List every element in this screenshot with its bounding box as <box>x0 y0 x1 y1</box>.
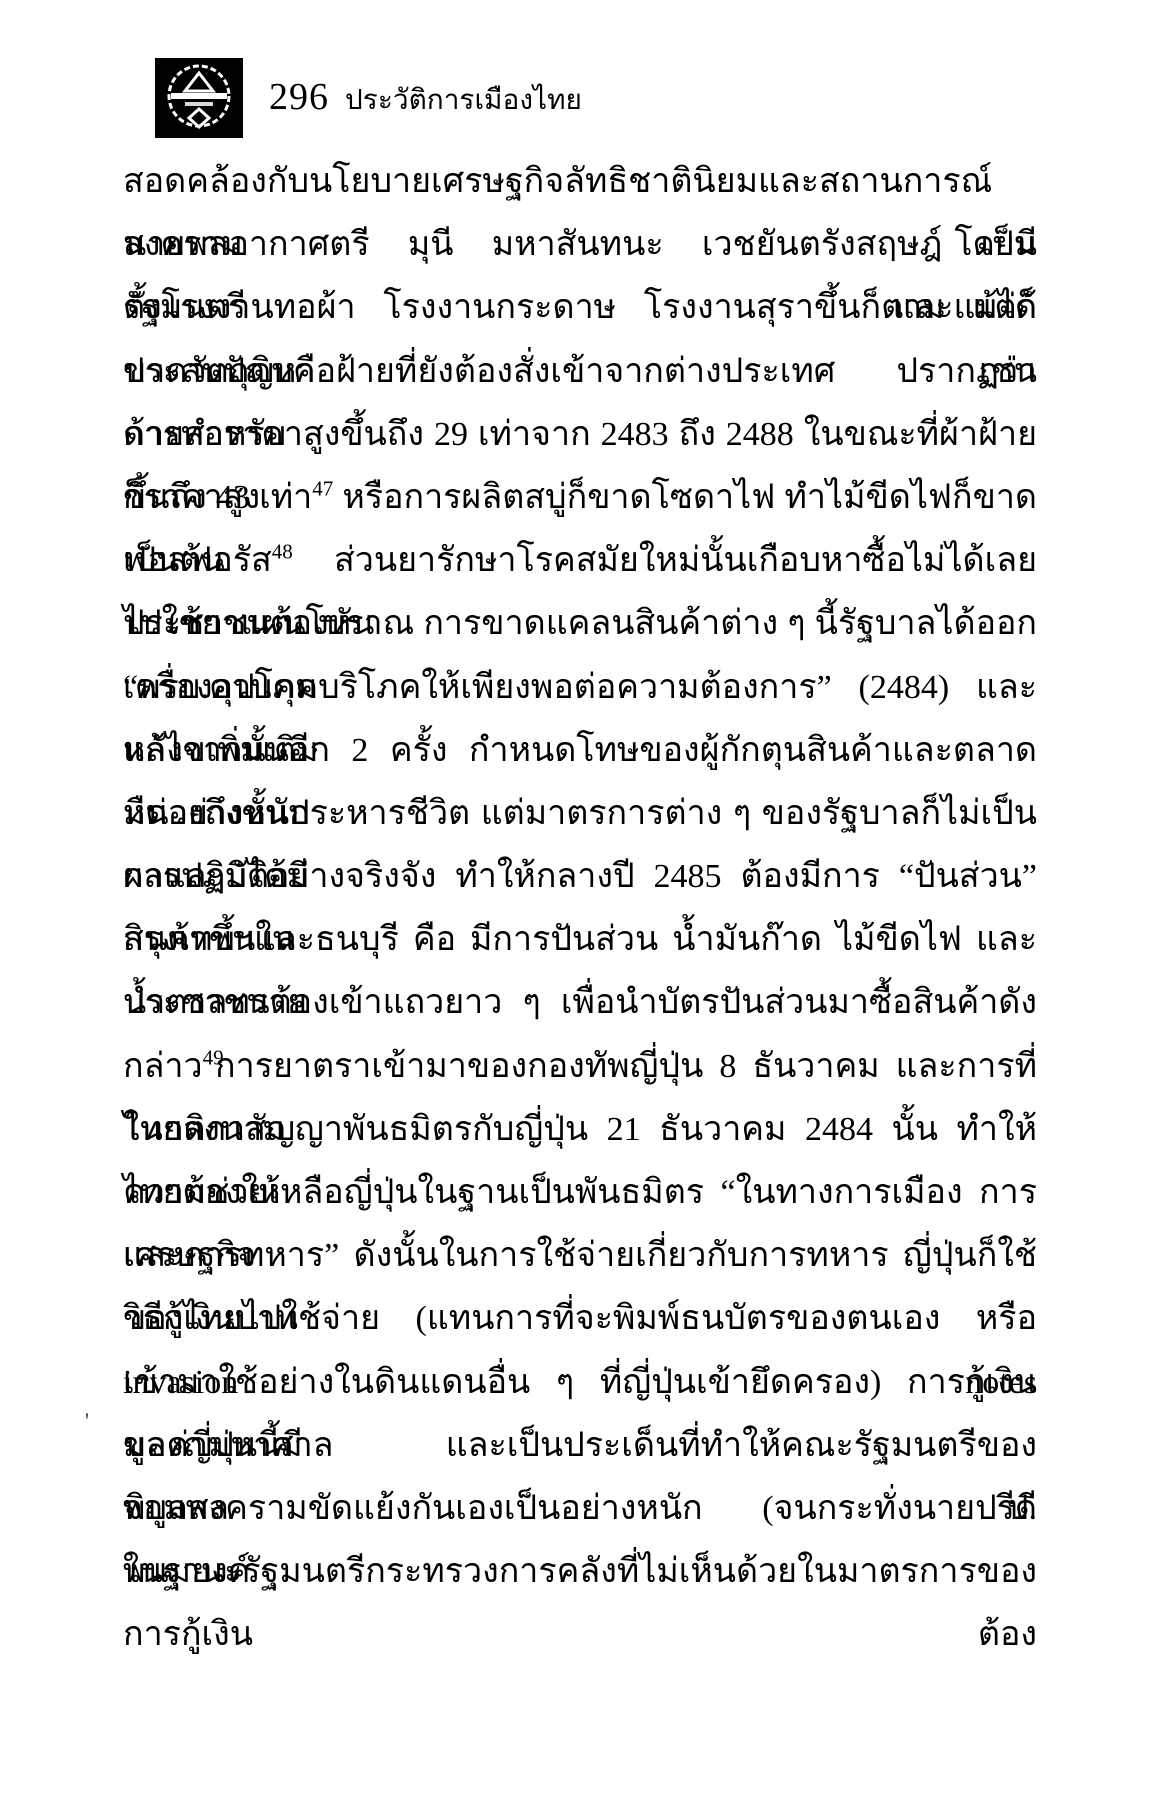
text-line: พิบูลสงครามขัดแย้งกันเองเป็นอย่างหนัก (จ… <box>123 1477 1037 1540</box>
footnote-ref: 47 <box>312 477 333 501</box>
body-text: สอดคล้องกับนโยบายเศรษฐกิจลัทธิชาตินิยมแล… <box>123 150 1037 1603</box>
text-line: ขึ้นถึง 43 เท่า47 หรือการผลิตสบู่ก็ขาดโซ… <box>123 466 1037 529</box>
text-line: หน่วงถึงขั้นประหารชีวิต แต่มาตรการต่าง ๆ… <box>123 782 1037 845</box>
text-line: มูลค่ามหาศาล และเป็นประเด็นที่ทำให้คณะรั… <box>123 1414 1037 1477</box>
text-line: ในฐานะรัฐมนตรีกระทรวงการคลังที่ไม่เห็นด้… <box>123 1540 1037 1603</box>
text-line: หลังจากนั้นอีก 2 ครั้ง กำหนดโทษของผู้กัก… <box>123 719 1037 782</box>
text-line: ในกติกาสัญญาพันธมิตรกับญี่ปุ่น 21 ธันวาค… <box>123 1098 1037 1161</box>
text-line: สอดคล้องกับนโยบายเศรษฐกิจลัทธิชาตินิยมแล… <box>123 150 1037 213</box>
text-line: การทอราคาสูงขึ้นถึง 29 เท่าจาก 2483 ถึง … <box>123 403 1037 466</box>
text-line: เครื่องอุปโภคบริโภคให้เพียงพอต่อความต้อง… <box>123 656 1037 719</box>
text-line: และการทหาร” ดังนั้นในการใช้จ่ายเกี่ยวกับ… <box>123 1224 1037 1287</box>
text-line: การปฏิบัติอย่างจริงจัง ทำให้กลางปี 2485 … <box>123 845 1037 908</box>
text-line: ไปใช้ยาแผนโบราณ การขาดแคลนสินค้าต่าง ๆ น… <box>123 592 1037 655</box>
text-line: กรุงเทพฯและธนบุรี คือ มีการปันส่วน น้ำมั… <box>123 908 1037 971</box>
text-line: เข้ามาใช้อย่างในดินแดนอื่น ๆ ที่ญี่ปุ่นเ… <box>123 1351 1037 1414</box>
book-title: ประวัติการเมืองไทย <box>345 78 582 122</box>
publisher-seal-icon <box>159 59 239 138</box>
print-artifact: ' <box>85 1408 89 1434</box>
text-line: นายพลอากาศตรี มุนี มหาสันทนะ เวชยันตรังส… <box>123 213 1037 276</box>
page-number: 296 <box>269 75 329 119</box>
text-line: การยาตราเข้ามาของกองทัพญี่ปุ่น 8 ธันวาคม… <box>123 1035 1037 1098</box>
publisher-logo <box>155 58 243 138</box>
running-head: 296 ประวัติการเมืองไทย <box>269 75 582 122</box>
text-line: ตั้งโรงงานทอผ้า โรงงานกระดาษ โรงงานสุราข… <box>123 276 1037 339</box>
text-line: เป็นต้น ส่วนยารักษาโรคสมัยใหม่นั้นเกือบห… <box>123 529 1037 592</box>
book-page: 296 ประวัติการเมืองไทย สอดคล้องกับนโยบาย… <box>0 0 1156 1800</box>
text-line: ความช่วยเหลือญี่ปุ่นในฐานเป็นพันธมิตร “ใ… <box>123 1161 1037 1224</box>
page-header: 296 ประวัติการเมืองไทย <box>155 58 582 138</box>
text-line: ประชาชนต้องเข้าแถวยาว ๆ เพื่อนำบัตรปันส่… <box>123 971 1037 1034</box>
text-line: ขาดวัตถุดิบคือฝ้ายที่ยังต้องสั่งเข้าจากต… <box>123 340 1037 403</box>
text-line: ของไทยไปใช้จ่าย (แทนการที่จะพิมพ์ธนบัตรข… <box>123 1287 1037 1350</box>
